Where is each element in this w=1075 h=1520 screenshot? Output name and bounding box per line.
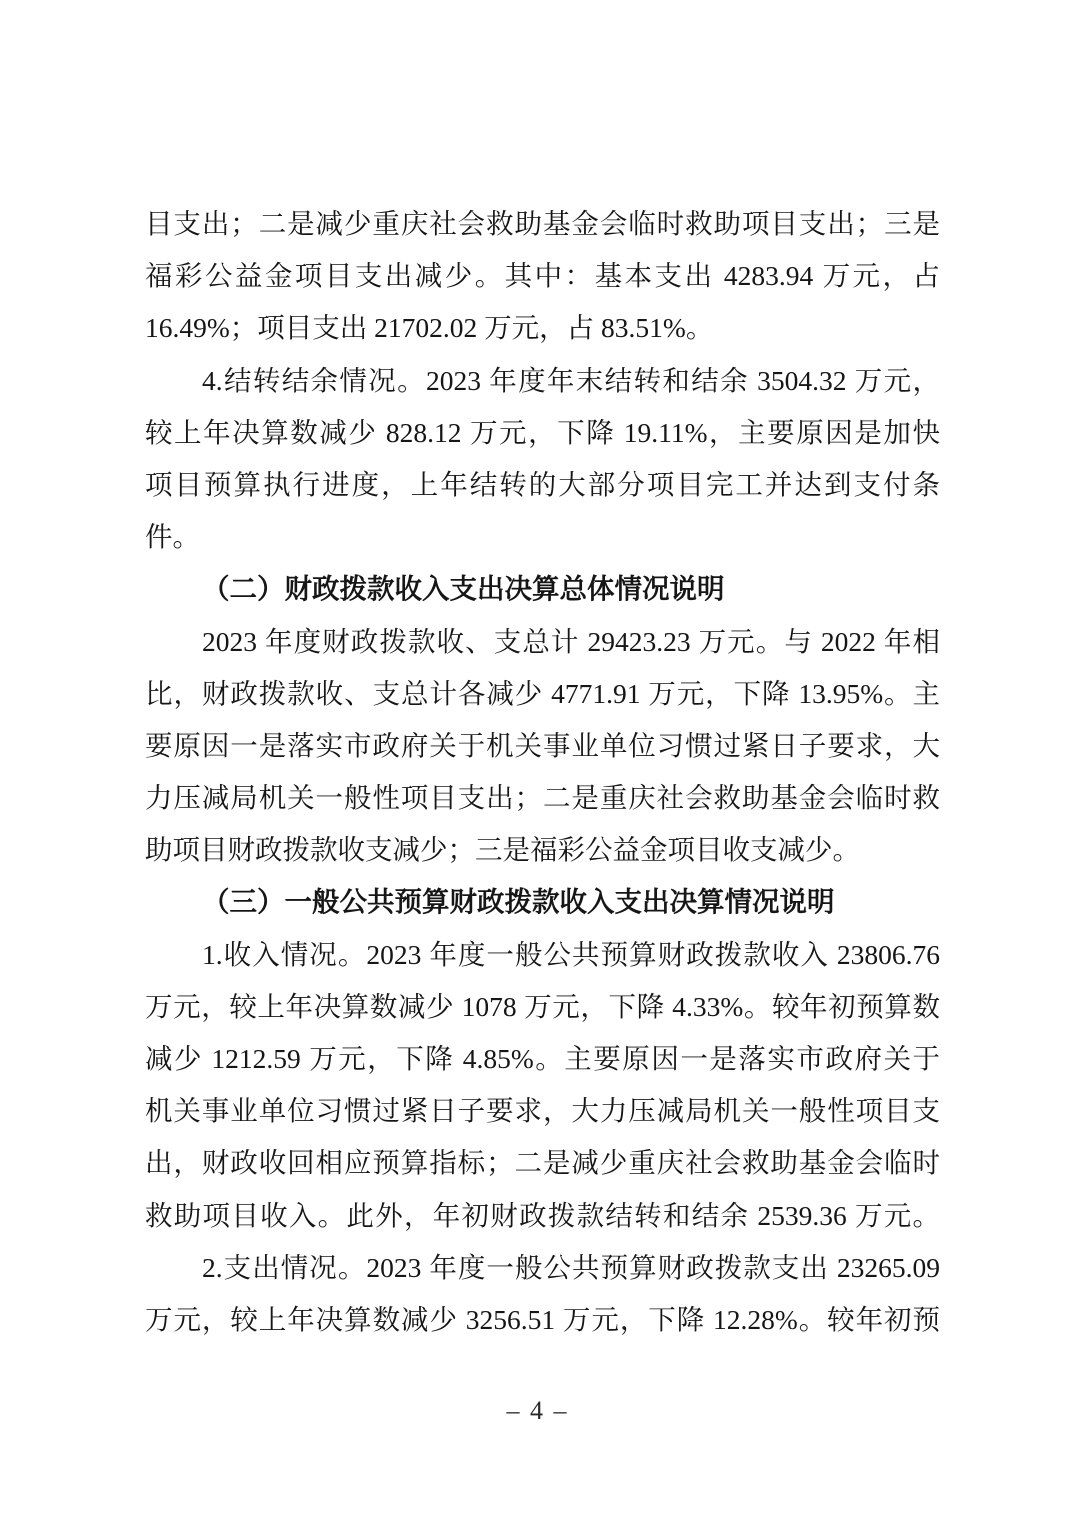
text-line: 目支出；二是减少重庆社会救助基金会临时救助项目支出；三是 bbox=[145, 198, 940, 250]
document-page: 目支出；二是减少重庆社会救助基金会临时救助项目支出；三是福彩公益金项目支出减少。… bbox=[0, 0, 1075, 1520]
text-line: 力压减局机关一般性项目支出；二是重庆社会救助基金会临时救 bbox=[145, 772, 940, 824]
text-line: 救助项目收入。此外，年初财政拨款结转和结余 2539.36 万元。 bbox=[145, 1190, 940, 1242]
text-line: 2.支出情况。2023 年度一般公共预算财政拨款支出 23265.09 bbox=[145, 1242, 940, 1294]
document-body: 目支出；二是减少重庆社会救助基金会临时救助项目支出；三是福彩公益金项目支出减少。… bbox=[145, 198, 940, 1346]
text-line: 要原因一是落实市政府关于机关事业单位习惯过紧日子要求，大 bbox=[145, 720, 940, 772]
text-line: 较上年决算数减少 828.12 万元，下降 19.11%，主要原因是加快 bbox=[145, 407, 940, 459]
section-heading: （三）一般公共预算财政拨款收入支出决算情况说明 bbox=[145, 876, 940, 928]
text-line: 4.结转结余情况。2023 年度年末结转和结余 3504.32 万元， bbox=[145, 355, 940, 407]
text-line: 项目预算执行进度，上年结转的大部分项目完工并达到支付条 bbox=[145, 459, 940, 511]
text-line: 福彩公益金项目支出减少。其中：基本支出 4283.94 万元，占 bbox=[145, 250, 940, 302]
text-line: 万元，较上年决算数减少 1078 万元，下降 4.33%。较年初预算数 bbox=[145, 981, 940, 1033]
text-line: 16.49%；项目支出 21702.02 万元，占 83.51%。 bbox=[145, 302, 940, 354]
text-line: 出，财政收回相应预算指标；二是减少重庆社会救助基金会临时 bbox=[145, 1137, 940, 1189]
text-line: 万元，较上年决算数减少 3256.51 万元，下降 12.28%。较年初预 bbox=[145, 1294, 940, 1346]
text-line: 2023 年度财政拨款收、支总计 29423.23 万元。与 2022 年相 bbox=[145, 616, 940, 668]
text-line: 减少 1212.59 万元，下降 4.85%。主要原因一是落实市政府关于 bbox=[145, 1033, 940, 1085]
text-line: 1.收入情况。2023 年度一般公共预算财政拨款收入 23806.76 bbox=[145, 929, 940, 981]
text-line: 机关事业单位习惯过紧日子要求，大力压减局机关一般性项目支 bbox=[145, 1085, 940, 1137]
text-line: 助项目财政拨款收支减少；三是福彩公益金项目收支减少。 bbox=[145, 824, 940, 876]
section-heading: （二）财政拨款收入支出决算总体情况说明 bbox=[145, 563, 940, 615]
text-line: 比，财政拨款收、支总计各减少 4771.91 万元，下降 13.95%。主 bbox=[145, 668, 940, 720]
page-number: – 4 – bbox=[0, 1394, 1075, 1428]
text-line: 件。 bbox=[145, 511, 940, 563]
